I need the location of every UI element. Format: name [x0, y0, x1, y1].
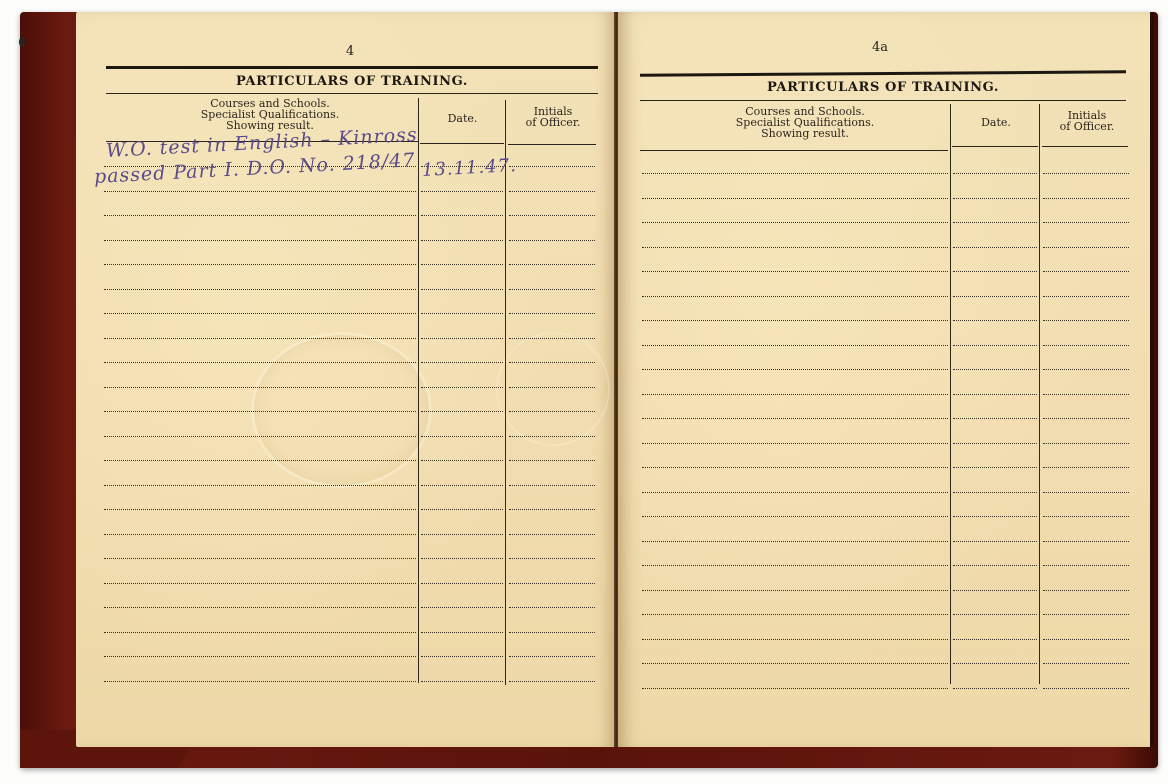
header-bottom-rule — [952, 146, 1038, 147]
ruled-line — [421, 338, 503, 339]
ruled-line — [1043, 271, 1129, 272]
ruled-line — [509, 338, 595, 339]
ruled-line — [509, 289, 595, 290]
ruled-line — [642, 369, 948, 370]
ruled-line — [642, 492, 948, 493]
ruled-line — [953, 590, 1037, 591]
ruled-line — [953, 296, 1037, 297]
ruled-line — [953, 345, 1037, 346]
ruled-line — [642, 418, 948, 419]
ruled-line — [1043, 296, 1129, 297]
ruled-line — [1043, 198, 1129, 199]
ruled-line — [642, 247, 948, 248]
ruled-line — [104, 509, 416, 510]
ruled-line — [104, 583, 416, 584]
ruled-line — [1043, 369, 1129, 370]
embossed-seal-faint — [496, 332, 610, 446]
header-bottom-rule — [420, 143, 504, 144]
ruled-line — [642, 516, 948, 517]
ruled-line — [1043, 614, 1129, 615]
ruled-line — [421, 583, 503, 584]
ruled-line — [1043, 418, 1129, 419]
ruled-line — [642, 394, 948, 395]
ruled-line — [509, 460, 595, 461]
column-header-initials: Initials of Officer. — [1042, 110, 1132, 132]
ruled-line — [104, 240, 416, 241]
title-rule — [106, 93, 598, 94]
ruled-line — [509, 264, 595, 265]
ruled-line — [1043, 222, 1129, 223]
ruled-line — [104, 485, 416, 486]
ruled-line — [953, 443, 1037, 444]
ruled-line — [953, 688, 1037, 689]
page-number: 4a — [850, 40, 910, 55]
ruled-line — [421, 485, 503, 486]
ruled-line — [421, 313, 503, 314]
ruled-line — [421, 436, 503, 437]
ruled-line — [509, 166, 595, 167]
ruled-line — [642, 688, 948, 689]
ruled-line — [509, 240, 595, 241]
ruled-line — [509, 215, 595, 216]
ruled-line — [104, 387, 416, 388]
ruled-line — [1043, 639, 1129, 640]
ruled-line — [421, 681, 503, 682]
column-divider — [950, 104, 951, 684]
ruled-line — [642, 590, 948, 591]
page-number: 4 — [320, 44, 380, 59]
ruled-line — [1043, 320, 1129, 321]
ruled-line — [104, 534, 416, 535]
ruled-line — [509, 191, 595, 192]
ruled-line — [104, 191, 416, 192]
ruled-line — [509, 558, 595, 559]
ruled-line — [104, 362, 416, 363]
ruled-line — [509, 583, 595, 584]
ruled-line — [421, 289, 503, 290]
ruled-line — [1043, 345, 1129, 346]
ruled-line — [642, 614, 948, 615]
section-title: PARTICULARS OF TRAINING. — [640, 80, 1126, 95]
ruled-line — [421, 558, 503, 559]
ruled-line — [953, 639, 1037, 640]
ruled-line — [953, 222, 1037, 223]
ruled-line — [953, 394, 1037, 395]
section-title: PARTICULARS OF TRAINING. — [106, 74, 598, 89]
ruled-line — [953, 418, 1037, 419]
top-rule — [106, 66, 598, 69]
ruled-line — [104, 264, 416, 265]
ruled-line — [953, 516, 1037, 517]
column-divider — [418, 98, 419, 683]
ruled-line — [421, 509, 503, 510]
ruled-line — [421, 607, 503, 608]
ruled-line — [104, 460, 416, 461]
ruled-line — [421, 387, 503, 388]
ruled-line — [642, 198, 948, 199]
ruled-line — [421, 656, 503, 657]
header-bottom-rule — [508, 144, 596, 145]
ruled-line — [421, 362, 503, 363]
ruled-line — [509, 681, 595, 682]
ruled-line — [104, 607, 416, 608]
ruled-line — [1043, 173, 1129, 174]
ruled-line — [1043, 663, 1129, 664]
ruled-line — [642, 296, 948, 297]
column-divider — [505, 100, 506, 685]
ruled-line — [953, 198, 1037, 199]
ruled-line — [953, 173, 1037, 174]
ruled-line — [421, 215, 503, 216]
ruled-line — [642, 565, 948, 566]
ruled-line — [642, 345, 948, 346]
column-header-date: Date. — [420, 113, 505, 124]
ruled-line — [509, 436, 595, 437]
ruled-line — [104, 436, 416, 437]
ruled-line — [104, 558, 416, 559]
ruled-line — [953, 271, 1037, 272]
ruled-line — [509, 313, 595, 314]
ruled-line — [104, 411, 416, 412]
ruled-line — [642, 663, 948, 664]
ruled-line — [642, 541, 948, 542]
ruled-line — [104, 215, 416, 216]
ruled-line — [421, 534, 503, 535]
ruled-line — [1043, 394, 1129, 395]
ruled-line — [509, 656, 595, 657]
column-header-date: Date. — [952, 117, 1040, 128]
ruled-line — [953, 492, 1037, 493]
header-bottom-rule — [1042, 146, 1128, 147]
ruled-line — [1043, 565, 1129, 566]
embossed-seal — [251, 332, 432, 488]
ruled-line — [1043, 247, 1129, 248]
ruled-line — [104, 289, 416, 290]
ruled-line — [953, 614, 1037, 615]
ruled-line — [421, 411, 503, 412]
ruled-line — [421, 191, 503, 192]
ruled-line — [509, 485, 595, 486]
ruled-line — [1043, 443, 1129, 444]
ruled-line — [642, 173, 948, 174]
ruled-line — [642, 271, 948, 272]
ruled-line — [104, 338, 416, 339]
ruled-line — [642, 320, 948, 321]
ruled-line — [1043, 590, 1129, 591]
ruled-line — [421, 240, 503, 241]
ruled-line — [509, 387, 595, 388]
ruled-line — [1043, 467, 1129, 468]
ruled-line — [1043, 688, 1129, 689]
ruled-line — [104, 632, 416, 633]
ruled-line — [421, 632, 503, 633]
ruled-line — [509, 362, 595, 363]
ruled-line — [509, 632, 595, 633]
ruled-line — [953, 247, 1037, 248]
ruled-line — [509, 607, 595, 608]
column-header-initials: Initials of Officer. — [508, 106, 598, 128]
ruled-line — [953, 565, 1037, 566]
ruled-line — [1043, 516, 1129, 517]
ruled-line — [953, 369, 1037, 370]
ruled-line — [953, 541, 1037, 542]
ruled-line — [509, 534, 595, 535]
ruled-line — [1043, 541, 1129, 542]
ruled-line — [509, 509, 595, 510]
ruled-line — [642, 222, 948, 223]
ruled-line — [1043, 492, 1129, 493]
ruled-line — [421, 460, 503, 461]
ruled-line — [104, 656, 416, 657]
ruled-line — [953, 663, 1037, 664]
ruled-line — [642, 639, 948, 640]
ruled-line — [642, 467, 948, 468]
ruled-line — [104, 313, 416, 314]
ink-speck — [19, 37, 25, 47]
title-rule — [640, 100, 1126, 101]
ruled-line — [509, 411, 595, 412]
column-divider — [1039, 104, 1040, 684]
column-header-courses: Courses and Schools. Specialist Qualific… — [660, 106, 950, 139]
ruled-line — [642, 443, 948, 444]
ruled-line — [953, 467, 1037, 468]
ruled-line — [104, 681, 416, 682]
ruled-line — [953, 320, 1037, 321]
header-bottom-rule — [640, 150, 948, 151]
ruled-line — [421, 264, 503, 265]
